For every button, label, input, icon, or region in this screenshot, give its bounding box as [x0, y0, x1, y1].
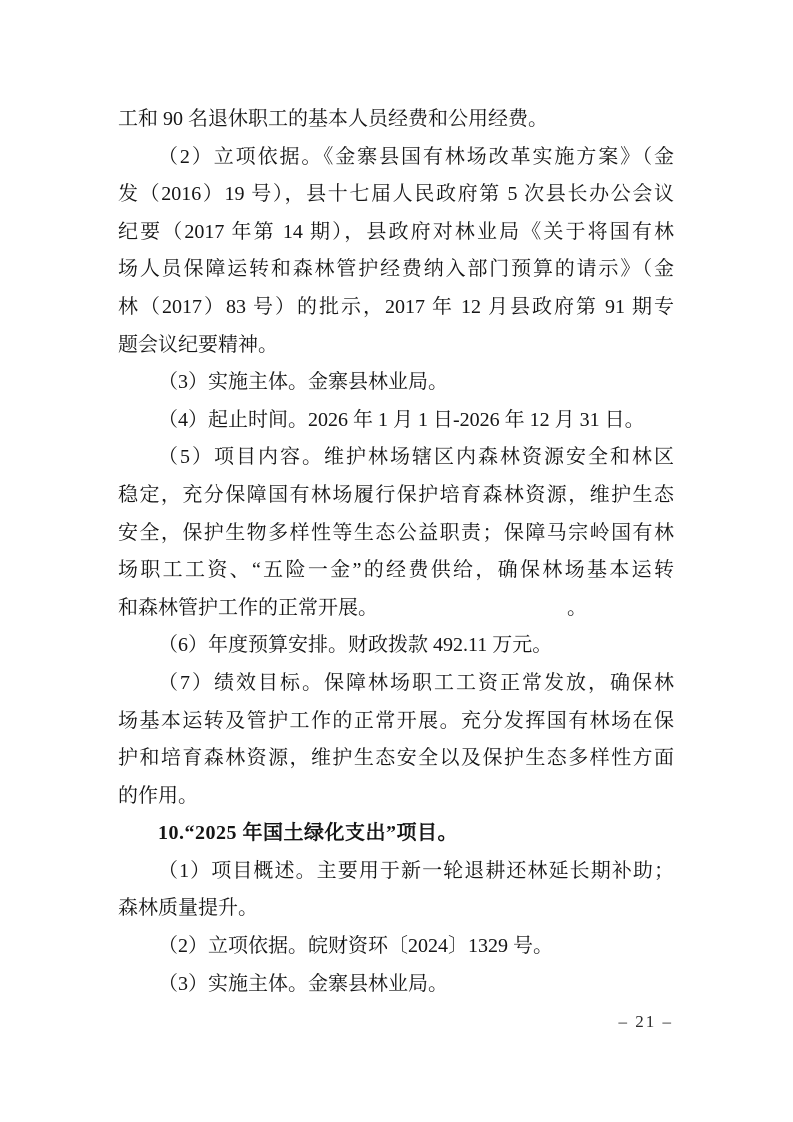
text-line-content: （2）立项依据。皖财资环〔2024〕1329 号。: [158, 935, 553, 957]
text-line: 稳定，充分保障国有林场履行保护培育森林资源，维护生态: [118, 477, 674, 515]
text-line-content: （3）实施主体。金寨县林业局。: [158, 371, 448, 393]
text-line-content: （3）实施主体。金寨县林业局。: [158, 973, 448, 995]
text-line: 的作用。: [118, 778, 674, 816]
text-line: 场基本运转及管护工作的正常开展。充分发挥国有林场在保: [118, 703, 674, 741]
text-line-content: 场职工工资、“五险一金”的经费供给，确保林场基本运转: [118, 559, 674, 581]
text-line: 工和 90 名退休职工的基本人员经费和公用经费。: [118, 101, 674, 139]
text-line: （2）立项依据。《金寨县国有林场改革实施方案》（金: [118, 139, 674, 177]
text-line-content: 安全，保护生物多样性等生态公益职责；保障马宗岭国有林: [118, 522, 674, 544]
text-line-content: （6）年度预算安排。财政拨款 492.11 万元。: [158, 634, 552, 656]
text-line-content: （2）立项依据。《金寨县国有林场改革实施方案》（金: [158, 146, 674, 168]
text-line: 场职工工资、“五险一金”的经费供给，确保林场基本运转: [118, 552, 674, 590]
text-line: 场人员保障运转和森林管护经费纳入部门预算的请示》（金: [118, 251, 674, 289]
text-line-content: 场人员保障运转和森林管护经费纳入部门预算的请示》（金: [118, 258, 674, 280]
text-line: 森林质量提升。: [118, 890, 674, 928]
text-line-content: 稳定，充分保障国有林场履行保护培育森林资源，维护生态: [118, 484, 674, 506]
text-line-content: 场基本运转及管护工作的正常开展。充分发挥国有林场在保: [118, 710, 674, 732]
text-line: （5）项目内容。维护林场辖区内森林资源安全和林区: [118, 439, 674, 477]
text-line: （7）绩效目标。保障林场职工工资正常发放，确保林: [118, 665, 674, 703]
text-line: （1）项目概述。主要用于新一轮退耕还林延长期补助；: [118, 853, 674, 891]
text-line-content: （4）起止时间。2026 年 1 月 1 日-2026 年 12 月 31 日。: [158, 409, 645, 431]
text-line-content: 工和 90 名退休职工的基本人员经费和公用经费。: [118, 108, 548, 130]
text-line-content: （5）项目内容。维护林场辖区内森林资源安全和林区: [158, 446, 674, 468]
text-line-content: 题会议纪要精神。: [118, 334, 278, 356]
text-line: （4）起止时间。2026 年 1 月 1 日-2026 年 12 月 31 日。: [118, 402, 674, 440]
text-line: （2）立项依据。皖财资环〔2024〕1329 号。: [118, 928, 674, 966]
text-line: （3）实施主体。金寨县林业局。: [118, 966, 674, 1004]
text-line-content: 的作用。: [118, 785, 198, 807]
text-line-content: （7）绩效目标。保障林场职工工资正常发放，确保林: [158, 672, 674, 694]
text-line: （3）实施主体。金寨县林业局。: [118, 364, 674, 402]
text-line: 安全，保护生物多样性等生态公益职责；保障马宗岭国有林: [118, 515, 674, 553]
text-line-content: （1）项目概述。主要用于新一轮退耕还林延长期补助；: [158, 860, 674, 882]
text-line: 护和培育森林资源，维护生态安全以及保护生态多样性方面: [118, 740, 674, 778]
text-line: 林（2017）83 号）的批示，2017 年 12 月县政府第 91 期专: [118, 289, 674, 327]
stray-period: 。: [567, 590, 587, 628]
text-line: 纪要（2017 年第 14 期），县政府对林业局《关于将国有林: [118, 214, 674, 252]
page-number: – 21 –: [619, 1012, 674, 1032]
document-body: 工和 90 名退休职工的基本人员经费和公用经费。（2）立项依据。《金寨县国有林场…: [118, 101, 674, 1003]
text-line: （6）年度预算安排。财政拨款 492.11 万元。: [118, 627, 674, 665]
text-line-content: 10.“2025 年国土绿化支出”项目。: [158, 822, 458, 844]
text-line: 和森林管护工作的正常开展。。: [118, 590, 674, 628]
text-line-content: 护和培育森林资源，维护生态安全以及保护生态多样性方面: [118, 747, 674, 769]
text-line: 题会议纪要精神。: [118, 327, 674, 365]
text-line-content: 发（2016）19 号），县十七届人民政府第 5 次县长办公会议: [118, 183, 674, 205]
document-page: 工和 90 名退休职工的基本人员经费和公用经费。（2）立项依据。《金寨县国有林场…: [0, 0, 793, 1122]
text-line-content: 林（2017）83 号）的批示，2017 年 12 月县政府第 91 期专: [118, 296, 674, 318]
text-line-content: 和森林管护工作的正常开展。: [118, 597, 378, 619]
section-heading: 10.“2025 年国土绿化支出”项目。: [118, 815, 674, 853]
text-line-content: 森林质量提升。: [118, 897, 258, 919]
text-line-content: 纪要（2017 年第 14 期），县政府对林业局《关于将国有林: [118, 221, 674, 243]
text-line: 发（2016）19 号），县十七届人民政府第 5 次县长办公会议: [118, 176, 674, 214]
